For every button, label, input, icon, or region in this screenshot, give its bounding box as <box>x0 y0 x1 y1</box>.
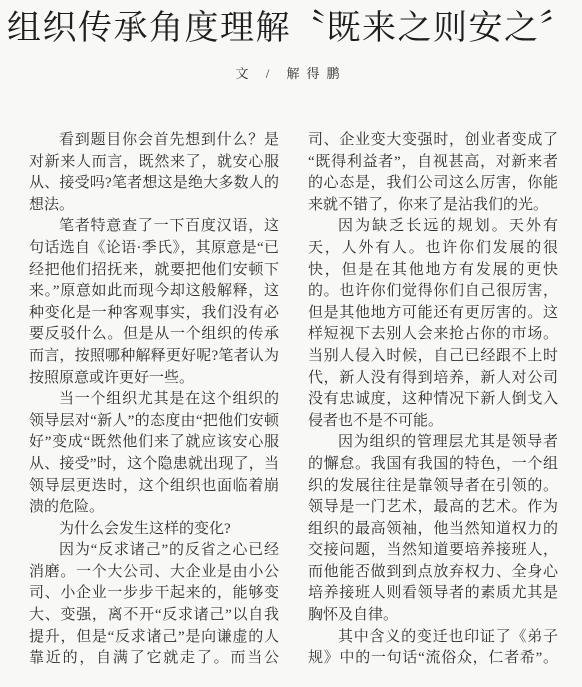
document-page: { "page": { "background_color": "#f8f8f7… <box>0 0 582 687</box>
article-paragraph: 因为缺乏长远的规划。天外有天，人外有人。也许你们发展的很快，但是在其他地方有发展… <box>308 216 558 432</box>
article-paragraph: 当一个组织尤其是在这个组织的领导层对“新人”的态度由“把他们安顿好”变成“既然他… <box>29 389 279 519</box>
article-paragraph: 笔者特意查了一下百度汉语，这句话选自《论语·季氏》，其原意是“已经把他们招抚来，… <box>29 216 279 389</box>
article-page: 组织传承角度理解〝既来之则安之〞 文 / 解得鹏 看到题目你会首先想到什么？是对… <box>0 0 582 687</box>
page-title: 组织传承角度理解〝既来之则安之〞 <box>0 0 582 48</box>
article-paragraph: 为什么会发生这样的变化? <box>29 519 279 541</box>
article-paragraph: 因为组织的管理层尤其是领导者的懈怠。我国有我国的特色，一个组织的发展往往是靠领导… <box>308 432 558 626</box>
article-paragraph: 看到题目你会首先想到什么？是对新来人而言，既然来了，就安心服从、接受吗?笔者想这… <box>29 130 279 216</box>
byline: 文 / 解得鹏 <box>0 63 582 82</box>
article-body: 看到题目你会首先想到什么？是对新来人而言，既然来了，就安心服从、接受吗?笔者想这… <box>29 130 558 672</box>
byline-text: 文 / 解得鹏 <box>235 66 346 81</box>
